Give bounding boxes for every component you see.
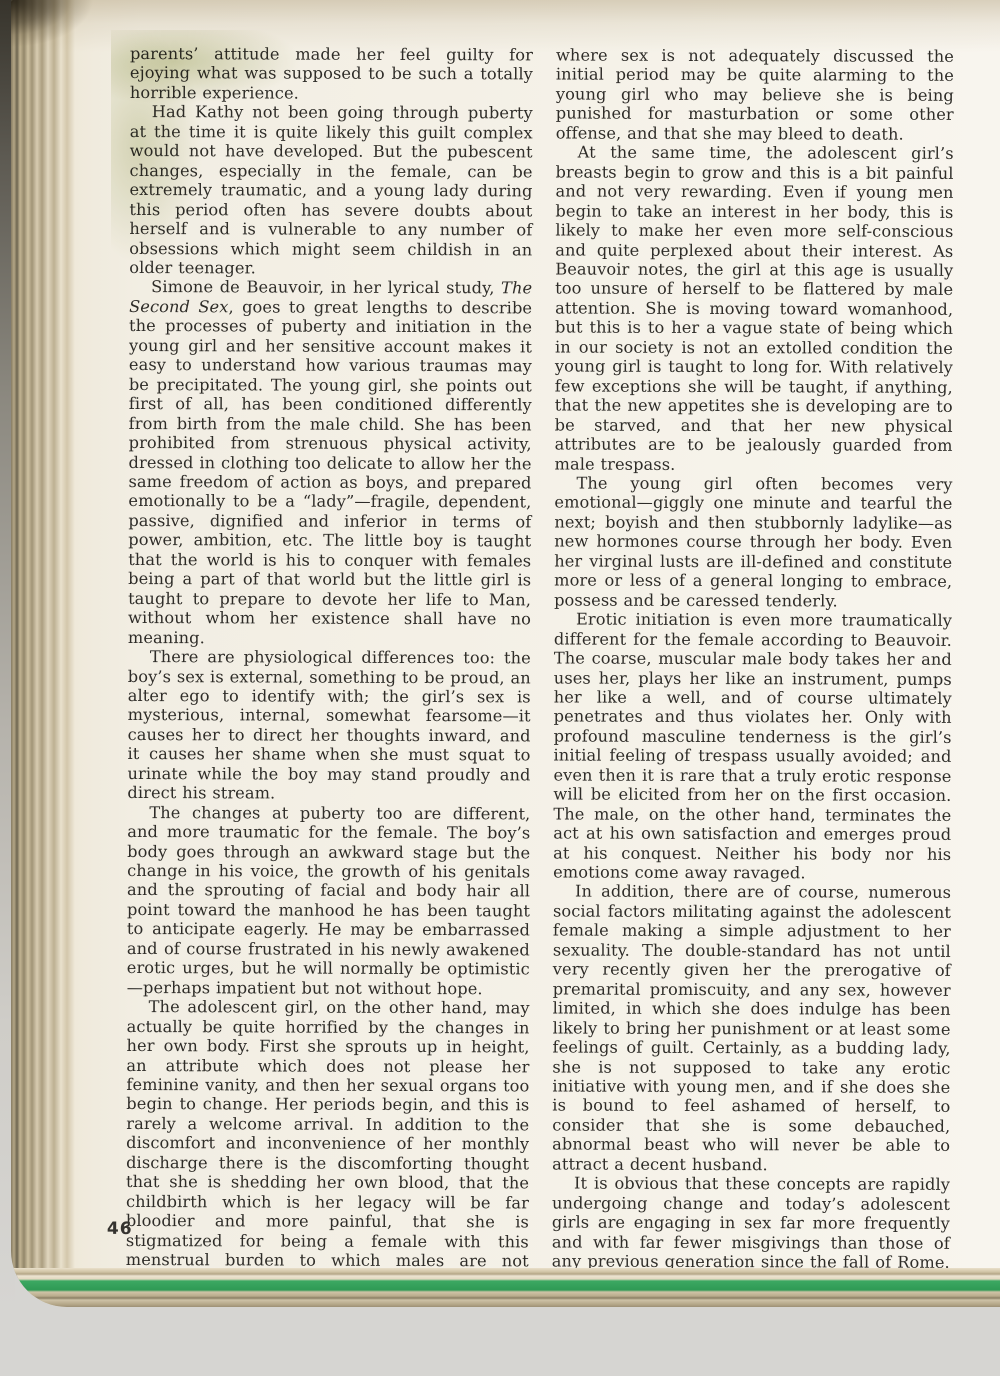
paragraph: There are physiological differences too:… xyxy=(127,647,531,804)
paragraph: Had Kathy not been going through puberty… xyxy=(129,102,533,278)
text-run: In addition, there are of course, numero… xyxy=(552,882,951,1174)
text-run: Erotic initiation is even more traumatic… xyxy=(553,610,952,883)
text-run: The changes at puberty too are different… xyxy=(127,803,531,998)
page-content: parents’ attitude made her feel guilty f… xyxy=(11,0,1000,1307)
text-run: It is obvious that these concepts are ra… xyxy=(552,1174,950,1307)
text-run: There are physiological differences too:… xyxy=(127,647,531,803)
paragraph: Erotic initiation is even more traumatic… xyxy=(553,610,952,884)
text-run: At the same time, the adolescent girl’s … xyxy=(555,143,954,474)
paragraph: In addition, there are of course, numero… xyxy=(552,882,951,1175)
book-page: parents’ attitude made her feel guilty f… xyxy=(11,0,1000,1307)
text-run: The young girl often becomes very emotio… xyxy=(554,474,952,611)
text-run: The adolescent girl, on the other hand, … xyxy=(126,997,530,1289)
right-column: where sex is not adequately discussed th… xyxy=(552,45,954,1307)
paragraph: The changes at puberty too are different… xyxy=(127,803,531,999)
paragraph: The young girl often becomes very emotio… xyxy=(554,473,952,611)
text-run: , goes to great lengths to describe the … xyxy=(128,297,532,647)
paragraph: It is obvious that these concepts are ra… xyxy=(552,1174,950,1307)
paragraph: The adolescent girl, on the other hand, … xyxy=(126,997,530,1290)
left-column: parents’ attitude made her feel guilty f… xyxy=(126,44,533,1290)
paragraph: where sex is not adequately discussed th… xyxy=(556,45,954,144)
text-run: parents’ attitude made her feel guilty f… xyxy=(130,44,533,102)
scanned-book-page: { "page": { "number": "46" }, "columns":… xyxy=(0,0,1000,1376)
text-run: Had Kathy not been going through puberty… xyxy=(129,102,533,277)
paragraph: parents’ attitude made her feel guilty f… xyxy=(130,44,533,104)
paragraph: Simone de Beauvoir, in her lyrical study… xyxy=(128,277,532,648)
text-run: Simone de Beauvoir, in her lyrical study… xyxy=(151,278,501,298)
paragraph: At the same time, the adolescent girl’s … xyxy=(555,143,954,475)
page-number: 46 xyxy=(107,1219,133,1239)
text-run: where sex is not adequately discussed th… xyxy=(556,45,954,143)
